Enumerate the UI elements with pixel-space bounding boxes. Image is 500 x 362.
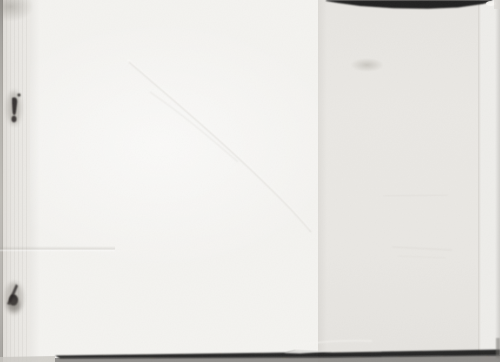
scanned-blank-album-page xyxy=(0,0,500,362)
right-page-edge xyxy=(478,0,500,362)
binding-strip xyxy=(2,0,32,362)
underlying-page-column xyxy=(318,0,478,362)
blank-page-surface xyxy=(30,0,320,362)
left-scan-edge xyxy=(0,0,3,362)
